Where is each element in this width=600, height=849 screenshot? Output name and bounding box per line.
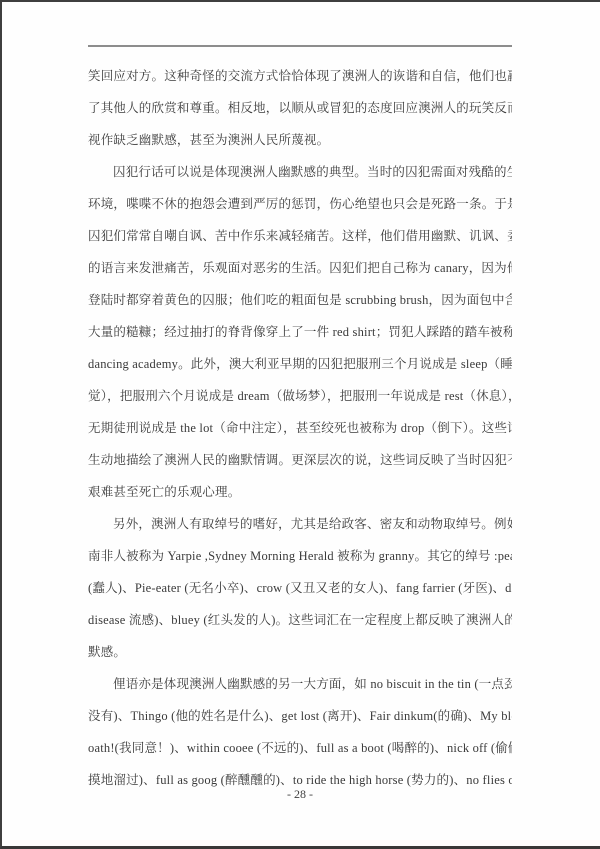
text-line: 没有)、Thingo (他的姓名是什么)、get lost (离开)、Fair … <box>88 700 512 732</box>
paragraph-2: 囚犯行话可以说是体现澳洲人幽默感的典型。当时的囚犯需面对残酷的生活 环境，喋喋不… <box>88 156 512 508</box>
text-line: 觉），把服刑六个月说成是 dream（做场梦），把服刑一年说成是 rest（休息… <box>88 380 512 412</box>
page-number: - 28 - <box>88 786 512 802</box>
text-line: 了其他人的欣赏和尊重。相反地，以顺从或冒犯的态度回应澳洲人的玩笑反而被 <box>88 92 512 124</box>
text-line: disease 流感)、bluey (红头发的人)。这些词汇在一定程度上都反映了… <box>88 604 512 636</box>
text-line: 笑回应对方。这种奇怪的交流方式恰恰体现了澳洲人的诙谐和自信，他们也赢得 <box>88 60 512 92</box>
text-line: 俚语亦是体现澳洲人幽默感的另一大方面，如 no biscuit in the t… <box>88 668 512 700</box>
document-page: 笑回应对方。这种奇怪的交流方式恰恰体现了澳洲人的诙谐和自信，他们也赢得 了其他人… <box>0 0 600 849</box>
text-line: 视作缺乏幽默感，甚至为澳洲人民所蔑视。 <box>88 124 512 156</box>
text-line: 囚犯行话可以说是体现澳洲人幽默感的典型。当时的囚犯需面对残酷的生活 <box>88 156 512 188</box>
text-line: 环境，喋喋不休的抱怨会遭到严厉的惩罚，伤心绝望也只会是死路一条。于是， <box>88 188 512 220</box>
text-line: 另外，澳洲人有取绰号的嗜好，尤其是给政客、密友和动物取绰号。例如， <box>88 508 512 540</box>
text-line: oath!(我同意！)、within cooee (不远的)、full as a… <box>88 732 512 764</box>
text-line: 生动地描绘了澳洲人民的幽默情调。更深层次的说，这些词反映了当时囚犯不畏 <box>88 444 512 476</box>
paragraph-4: 俚语亦是体现澳洲人幽默感的另一大方面，如 no biscuit in the t… <box>88 668 512 796</box>
text-line: 大量的糙糠；经过抽打的脊背像穿上了一件 red shirt；罚犯人踩踏的踏车被称… <box>88 316 512 348</box>
text-line: (蠢人)、Pie-eater (无名小卒)、crow (又丑又老的女人)、fan… <box>88 572 512 604</box>
text-line: dancing academy。此外，澳大利亚早期的囚犯把服刑三个月说成是 sl… <box>88 348 512 380</box>
text-line: 默感。 <box>88 636 512 668</box>
header-rule <box>88 45 512 47</box>
text-line: 南非人被称为 Yarpie ,Sydney Morning Herald 被称为… <box>88 540 512 572</box>
text-line: 登陆时都穿着黄色的囚服；他们吃的粗面包是 scrubbing brush，因为面… <box>88 284 512 316</box>
paragraph-3: 另外，澳洲人有取绰号的嗜好，尤其是给政客、密友和动物取绰号。例如， 南非人被称为… <box>88 508 512 668</box>
text-line: 的语言来发泄痛苦，乐观面对恶劣的生活。囚犯们把自己称为 canary，因为他们 <box>88 252 512 284</box>
text-line: 囚犯们常常自嘲自讽、苦中作乐来减轻痛苦。这样，他们借用幽默、讥讽、委婉 <box>88 220 512 252</box>
text-block: 笑回应对方。这种奇怪的交流方式恰恰体现了澳洲人的诙谐和自信，他们也赢得 了其他人… <box>88 60 512 796</box>
text-line: 艰难甚至死亡的乐观心理。 <box>88 476 512 508</box>
paragraph-1: 笑回应对方。这种奇怪的交流方式恰恰体现了澳洲人的诙谐和自信，他们也赢得 了其他人… <box>88 60 512 156</box>
text-line: 无期徒刑说成是 the lot（命中注定），甚至绞死也被称为 drop（倒下）。… <box>88 412 512 444</box>
